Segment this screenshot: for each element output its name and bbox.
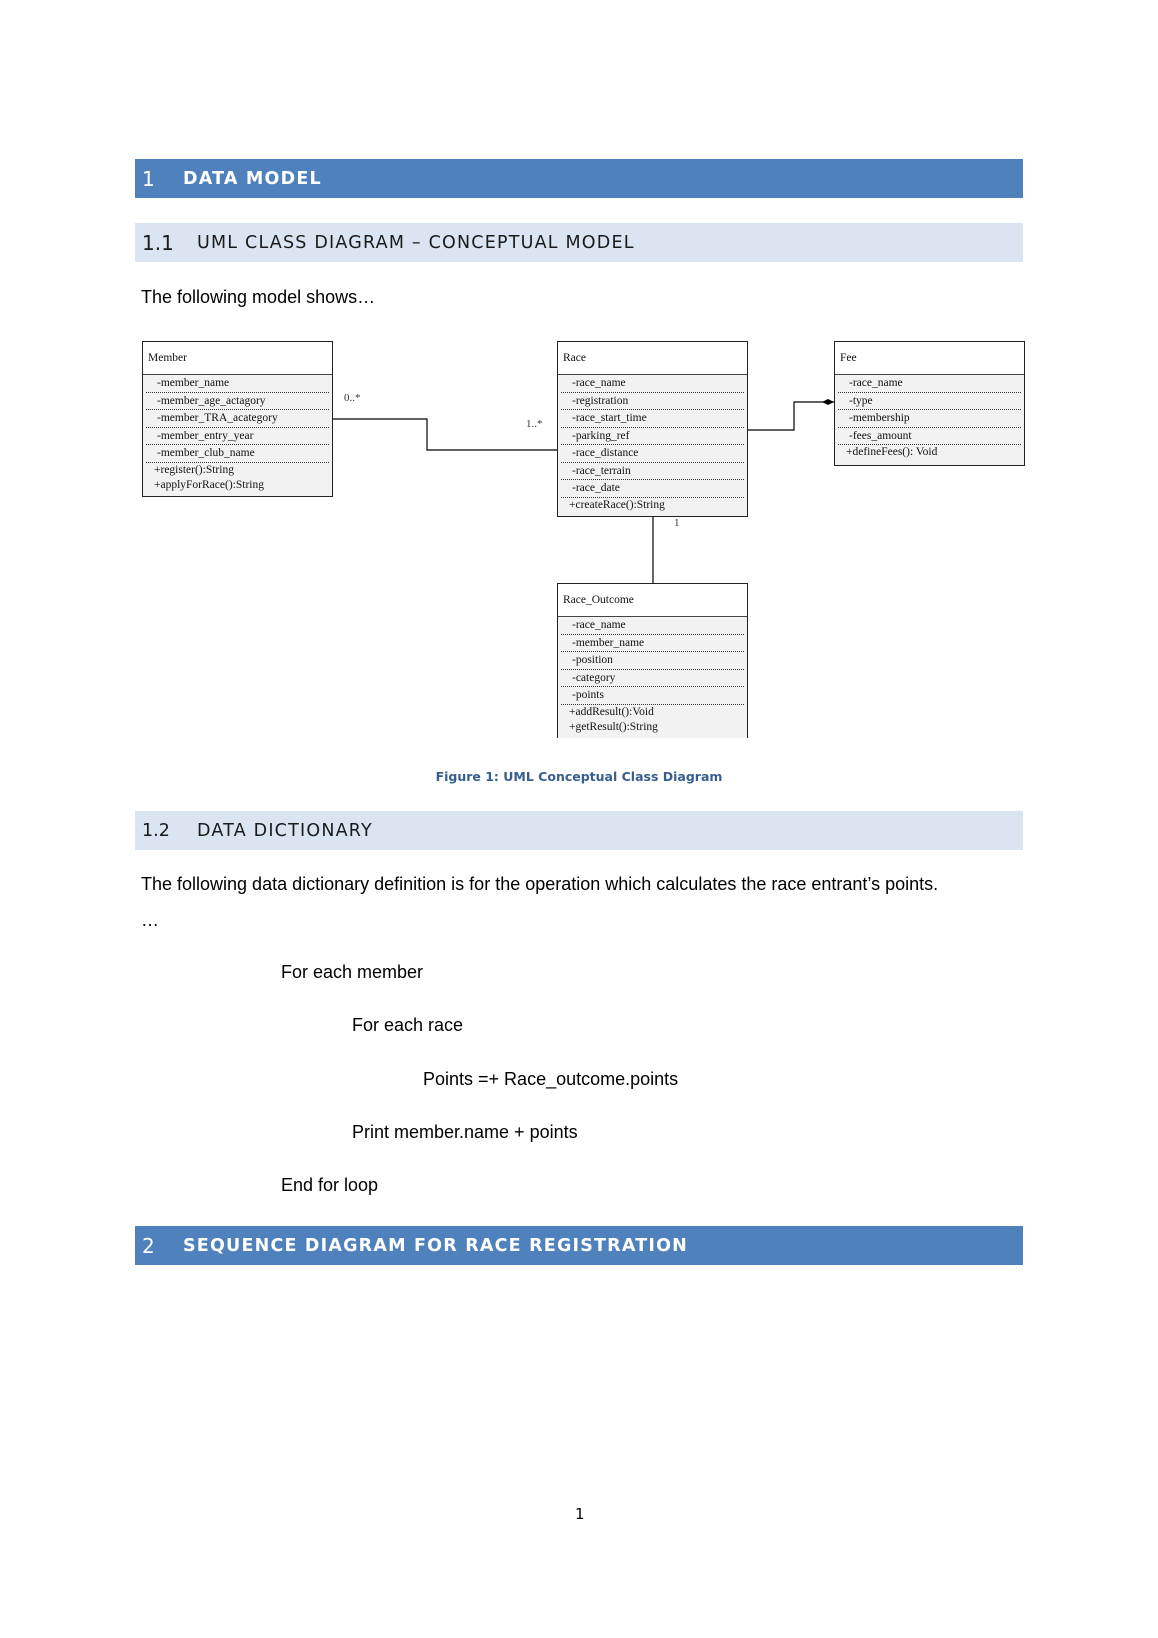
class-name: Race — [558, 342, 747, 375]
class-attributes: -race_name -registration -race_start_tim… — [558, 375, 747, 498]
heading-2-sequence-diagram: 2 SEQUENCE DIAGRAM FOR RACE REGISTRATION — [135, 1226, 1023, 1265]
class-attribute: -race_name — [561, 375, 744, 393]
uml-class-fee: Fee -race_name -type -membership -fees_a… — [834, 341, 1025, 466]
class-name: Race_Outcome — [558, 584, 747, 617]
class-attribute: -race_name — [561, 617, 744, 635]
page-number: 1 — [575, 1505, 585, 1523]
class-operation: +getResult():String — [558, 720, 747, 735]
dictionary-ellipsis: … — [141, 909, 159, 931]
pseudocode-line: For each race — [352, 1014, 463, 1036]
class-operation: +defineFees(): Void — [835, 445, 1024, 460]
class-attribute: -fees_amount — [838, 428, 1021, 446]
class-attribute: -race_start_time — [561, 410, 744, 428]
class-name: Member — [143, 342, 332, 375]
class-attribute: -membership — [838, 410, 1021, 428]
class-attributes: -race_name -type -membership -fees_amoun… — [835, 375, 1024, 445]
uml-class-race-outcome: Race_Outcome -race_name -member_name -po… — [557, 583, 748, 738]
class-attribute: -points — [561, 687, 744, 705]
class-attribute: -type — [838, 393, 1021, 411]
pseudocode-line: End for loop — [281, 1174, 378, 1196]
class-attribute: -parking_ref — [561, 428, 744, 446]
heading-number: 1.2 — [142, 821, 170, 841]
class-operation: +addResult():Void — [558, 705, 747, 720]
class-attribute: -member_name — [561, 635, 744, 653]
pseudocode-line: Points =+ Race_outcome.points — [423, 1068, 678, 1090]
class-operation: +applyForRace():String — [143, 478, 332, 493]
heading-number: 2 — [142, 1234, 155, 1258]
class-attribute: -race_name — [838, 375, 1021, 393]
class-operation: +createRace():String — [558, 498, 747, 513]
class-name: Fee — [835, 342, 1024, 375]
class-operation: +register():String — [143, 463, 332, 478]
heading-title: SEQUENCE DIAGRAM FOR RACE REGISTRATION — [183, 1236, 688, 1256]
multiplicity-member: 0..* — [344, 392, 361, 404]
figure-caption: Figure 1: UML Conceptual Class Diagram — [0, 769, 1158, 784]
class-attribute: -member_age_actagory — [146, 393, 329, 411]
dictionary-intro: The following data dictionary definition… — [141, 873, 938, 895]
class-attribute: -category — [561, 670, 744, 688]
class-attributes: -race_name -member_name -position -categ… — [558, 617, 747, 705]
class-attributes: -member_name -member_age_actagory -membe… — [143, 375, 332, 463]
heading-1-2-data-dictionary: 1.2 DATA DICTIONARY — [135, 811, 1023, 850]
class-attribute: -member_club_name — [146, 445, 329, 463]
class-attribute: -position — [561, 652, 744, 670]
class-attribute: -race_terrain — [561, 463, 744, 481]
heading-title: DATA DICTIONARY — [197, 821, 373, 841]
composition-diamond-icon — [822, 399, 834, 405]
class-attribute: -member_TRA_acategory — [146, 410, 329, 428]
multiplicity-race-outcome: 1 — [674, 517, 680, 529]
class-attribute: -race_date — [561, 480, 744, 498]
pseudocode-line: Print member.name + points — [352, 1121, 578, 1143]
class-attribute: -member_entry_year — [146, 428, 329, 446]
uml-class-member: Member -member_name -member_age_actagory… — [142, 341, 333, 497]
pseudocode-line: For each member — [281, 961, 423, 983]
class-attribute: -race_distance — [561, 445, 744, 463]
class-attribute: -registration — [561, 393, 744, 411]
multiplicity-race: 1..* — [526, 418, 543, 430]
class-attribute: -member_name — [146, 375, 329, 393]
uml-class-race: Race -race_name -registration -race_star… — [557, 341, 748, 517]
